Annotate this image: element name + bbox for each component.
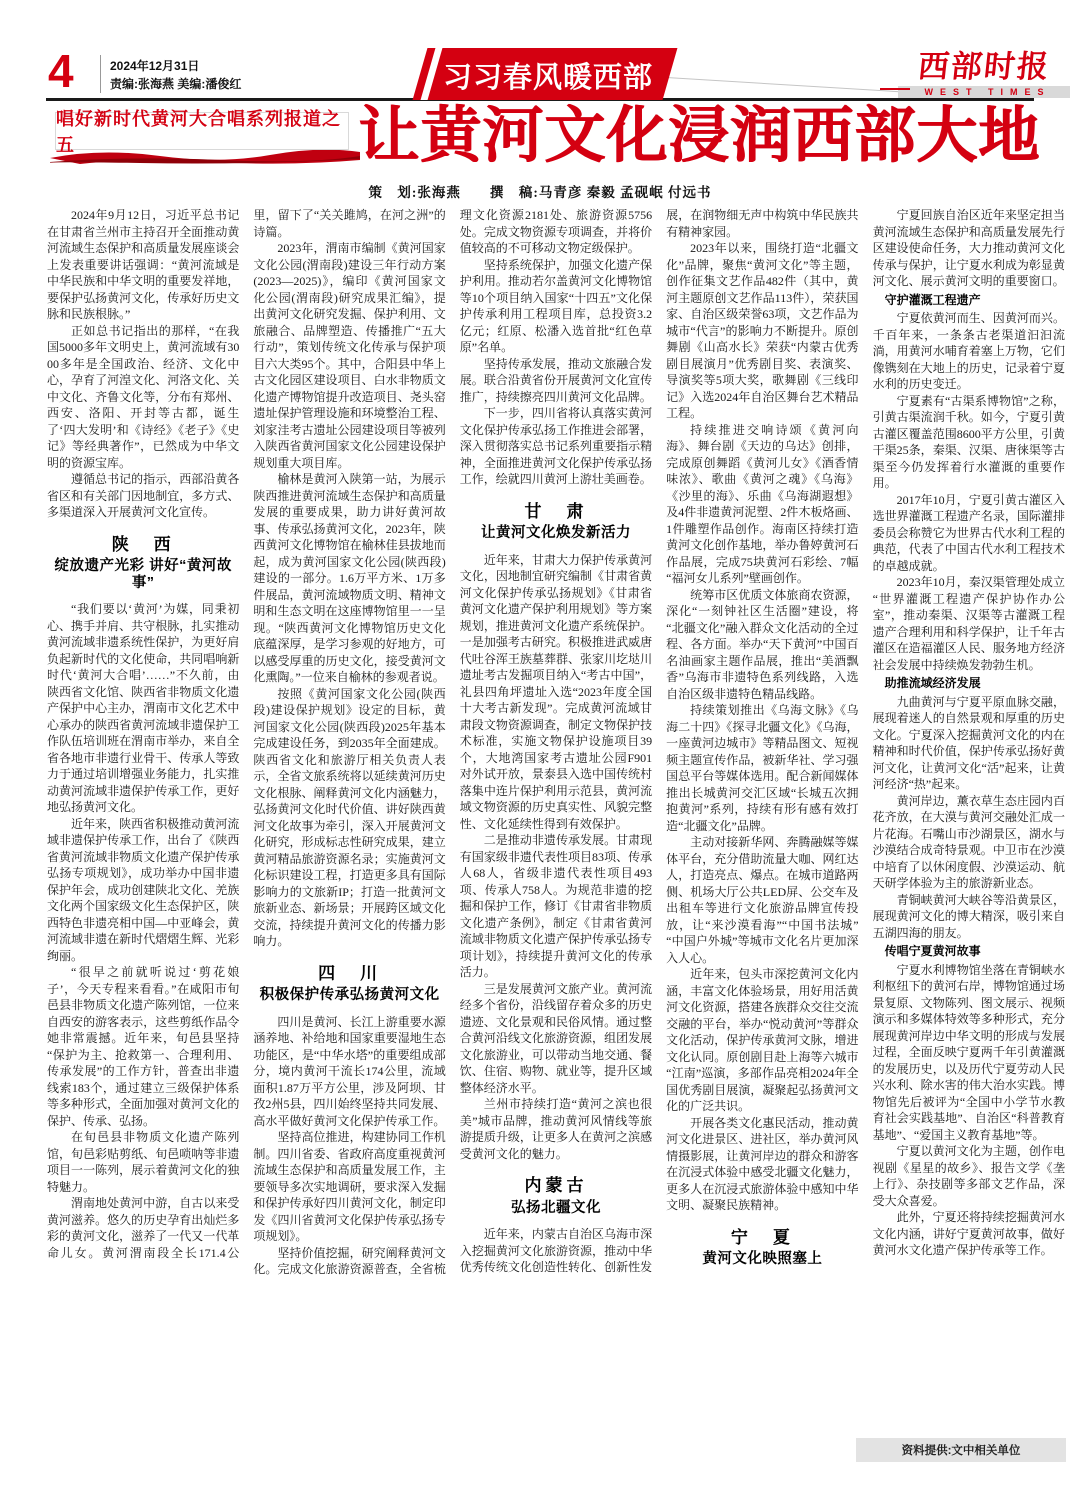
body-paragraph: 二是推动非遗传承发展。甘肃现有国家级非遗代表性项目83项、传承人68人，省级非遗…: [460, 832, 652, 981]
series-tag: 唱好新时代黄河大合唱系列报道之五: [55, 112, 349, 150]
subsection-heading: 助推流域经济发展: [873, 675, 1065, 692]
date-editors: 2024年12月31日 责编:张海燕 美编:潘俊红: [110, 57, 241, 93]
issue-date: 2024年12月31日: [110, 57, 241, 75]
masthead-english: WEST TIMES: [898, 86, 1070, 98]
body-paragraph: 宁夏回族自治区近年来坚定担当黄河流域生态保护和高质量发展先行区建设使命任务，大力…: [873, 207, 1065, 290]
body-paragraph: 黄河岸边，薰衣草生态庄园内百花齐放，在大漠与黄河交融处汇成一片花海。石嘴山市沙湖…: [873, 793, 1065, 892]
body-paragraph: 兰州市持续打造“黄河之滨也很美”城市品牌，推动黄河风情线等旅游提质升级，让更多人…: [460, 1096, 652, 1162]
body-paragraph: 宁夏水利博物馆坐落在青铜峡水利枢纽下的黄河右岸，博物馆通过场景复原、文物陈列、图…: [873, 962, 1065, 1144]
section-heading: 陕 西绽放遗产光彩 讲好“黄河故事”: [47, 537, 239, 592]
body-paragraph: 近年来，甘肃大力保护传承黄河文化，因地制宜研究编制《甘肃省黄河文化保护传承弘扬规…: [460, 552, 652, 833]
header-divider: [100, 55, 101, 93]
section-heading: 内蒙古弘扬北疆文化: [460, 1178, 652, 1216]
header-diagonal-line: [650, 76, 900, 92]
source-credit: 资料提供:文中相关单位: [856, 1438, 1066, 1462]
section-region: 宁 夏: [666, 1230, 858, 1247]
main-headline: 让黄河文化浸润西部大地: [358, 102, 1028, 169]
body-paragraph: 持续策划推出《乌海文脉》《乌海二十四》《探寻北疆文化》《乌海，一座黄河边城市》等…: [666, 702, 858, 834]
body-paragraph: 青铜峡黄河大峡谷等沿黄景区，展现黄河文化的博大精深，吸引来自五湖四海的朋友。: [873, 892, 1065, 942]
body-paragraph: 坚持系统保护，加强文化遗产保护利用。推动若尔盖黄河文化博物馆等10个项目纳入国家…: [460, 257, 652, 356]
body-paragraph: 开展各类文化惠民活动，推动黄河文化进景区、进社区，举办黄河风情摄影展，让黄河岸边…: [666, 1115, 858, 1214]
body-paragraph: 宁夏素有“古渠系博物馆”之称，引黄古渠流润千秋。如今，宁夏引黄古灌区覆盖范围86…: [873, 393, 1065, 492]
body-paragraph: 正如总书记指出的那样，“在我国5000多年文明史上，黄河流域有3000多年是全国…: [47, 323, 239, 472]
body-paragraph: 坚持高位推进，构建协同工作机制。四川省委、省政府高度重视黄河流域生态保护和高质量…: [253, 1129, 445, 1245]
body-paragraph: 三是发展黄河文旅产业。黄河流经多个省份，沿线留存着众多的历史遗迹、文化景观和民俗…: [460, 981, 652, 1097]
body-paragraph: 宁夏依黄河而生、因黄河而兴。千百年来，一条条古老渠道汩汩流淌，用黄河水哺育着塞上…: [873, 310, 1065, 393]
body-paragraph: 2017年10月，宁夏引黄古灌区入选世界灌溉工程遗产名录，国际灌排委员会称赞它为…: [873, 492, 1065, 575]
page-number: 4: [48, 48, 74, 94]
body-paragraph: 持续推进交响诗颂《黄河向海》、舞台剧《天边的乌达》创排，完成原创舞蹈《黄河儿女》…: [666, 422, 858, 587]
body-paragraph: 按照《黄河国家文化公园(陕西段)建设保护规划》设定的目标，黄河国家文化公园(陕西…: [253, 686, 445, 950]
subsection-heading: 守护灌溉工程遗产: [873, 292, 1065, 309]
section-title: 积极保护传承弘扬黄河文化: [253, 987, 445, 1004]
section-title: 黄河文化映照塞上: [666, 1251, 858, 1268]
section-region: 内蒙古: [460, 1178, 652, 1195]
body-paragraph: “我们要以‘黄河’为媒，同秉初心、携手并肩、共守根脉，扎实推动黄河流域非遗系统性…: [47, 601, 239, 816]
body-paragraph: 近年来，陕西省积极推动黄河流域非遗保护传承工作，出台了《陕西省黄河流域非物质文化…: [47, 816, 239, 965]
section-region: 甘 肃: [460, 504, 652, 521]
article-body: 2024年9月12日，习近平总书记在甘肃省兰州市主持召开全面推动黄河流域生态保护…: [47, 207, 1065, 1479]
section-heading: 甘 肃让黄河文化焕发新活力: [460, 504, 652, 542]
section-region: 四 川: [253, 966, 445, 983]
masthead-underline: [880, 88, 910, 90]
banner-title: 习习春风暖西部: [428, 55, 668, 96]
body-paragraph: 在旬邑县非物质文化遗产陈列馆，旬邑彩贴剪纸、旬邑唢呐等非遗项目一一陈列，展示着黄…: [47, 1129, 239, 1195]
body-paragraph: 榆林是黄河入陕第一站，为展示陕西推进黄河流域生态保护和高质量发展的重要成果，助力…: [253, 471, 445, 686]
section-region: 陕 西: [47, 537, 239, 554]
masthead-name: 西部时报: [896, 50, 1072, 84]
body-paragraph: 近年来，包头市深挖黄河文化内涵，丰富文化体验场景，用好用活黄河文化资源，搭建各族…: [666, 966, 858, 1115]
body-paragraph: 此外，宁夏还将持续挖掘黄河水文化内涵，讲好宁夏黄河故事，做好黄河水文化遗产保护传…: [873, 1209, 1065, 1259]
subsection-heading: 传唱宁夏黄河故事: [873, 943, 1065, 960]
body-paragraph: 2024年9月12日，习近平总书记在甘肃省兰州市主持召开全面推动黄河流域生态保护…: [47, 207, 239, 323]
body-paragraph: 下一步，四川省将认真落实黄河文化保护传承弘扬工作推进会部署，深入贯彻落实总书记系…: [460, 405, 652, 488]
section-heading: 宁 夏黄河文化映照塞上: [666, 1230, 858, 1268]
body-paragraph: 2023年，渭南市编制《黄河国家文化公园(渭南段)建设三年行动方案(2023—2…: [253, 240, 445, 471]
masthead: 西部时报 WEST TIMES: [898, 50, 1070, 98]
body-paragraph: 2023年10月，秦汉渠管理处成立“世界灌溉工程遗产保护协作办公室”，推动秦渠、…: [873, 574, 1065, 673]
body-paragraph: 九曲黄河与宁夏平原血脉交融，展现着迷人的自然景观和厚重的历史文化。宁夏深入挖掘黄…: [873, 694, 1065, 793]
section-title: 绽放遗产光彩 讲好“黄河故事”: [47, 558, 239, 591]
body-paragraph: “很早之前就听说过‘剪花娘子’，今天专程来看看。”在咸阳市旬邑县非物质文化遗产陈…: [47, 964, 239, 1129]
byline: 策 划:张海燕 撰 稿:马青彦 秦毅 孟砚岷 付远书: [200, 181, 880, 201]
body-paragraph: 2023年以来，围绕打造“北疆文化”品牌，聚焦“黄河文化”等主题，创作征集文艺作…: [666, 240, 858, 422]
body-paragraph: 主动对接新华网、奔腾融媒等媒体平台，充分借助流量大咖、网红达人，打造亮点、爆点。…: [666, 834, 858, 966]
section-title: 让黄河文化焕发新活力: [460, 525, 652, 542]
body-paragraph: 四川是黄河、长江上游重要水源涵养地、补给地和国家重要湿地生态功能区，是“中华水塔…: [253, 1014, 445, 1130]
body-paragraph: 统筹市区优质文体旅商农资源，深化“一刻钟社区生活圈”建设，将“北疆文化”融入群众…: [666, 587, 858, 703]
section-heading: 四 川积极保护传承弘扬黄河文化: [253, 966, 445, 1004]
newspaper-page: 4 2024年12月31日 责编:张海燕 美编:潘俊红 习习春风暖西部 西部时报…: [0, 0, 1080, 1512]
editors-line: 责编:张海燕 美编:潘俊红: [110, 75, 241, 93]
section-title: 弘扬北疆文化: [460, 1200, 652, 1217]
body-paragraph: 坚持传承发展，推动文旅融合发展。联合沿黄省份开展黄河文化宣传推广，持续擦亮四川黄…: [460, 356, 652, 406]
body-paragraph: 宁夏以黄河文化为主题，创作电视剧《星星的故乡》、报告文学《垄上行》、杂技剧等多部…: [873, 1143, 1065, 1209]
body-paragraph: 遵循总书记的指示，西部沿黄各省区和有关部门因地制宜，多方式、多渠道深入开展黄河文…: [47, 471, 239, 521]
